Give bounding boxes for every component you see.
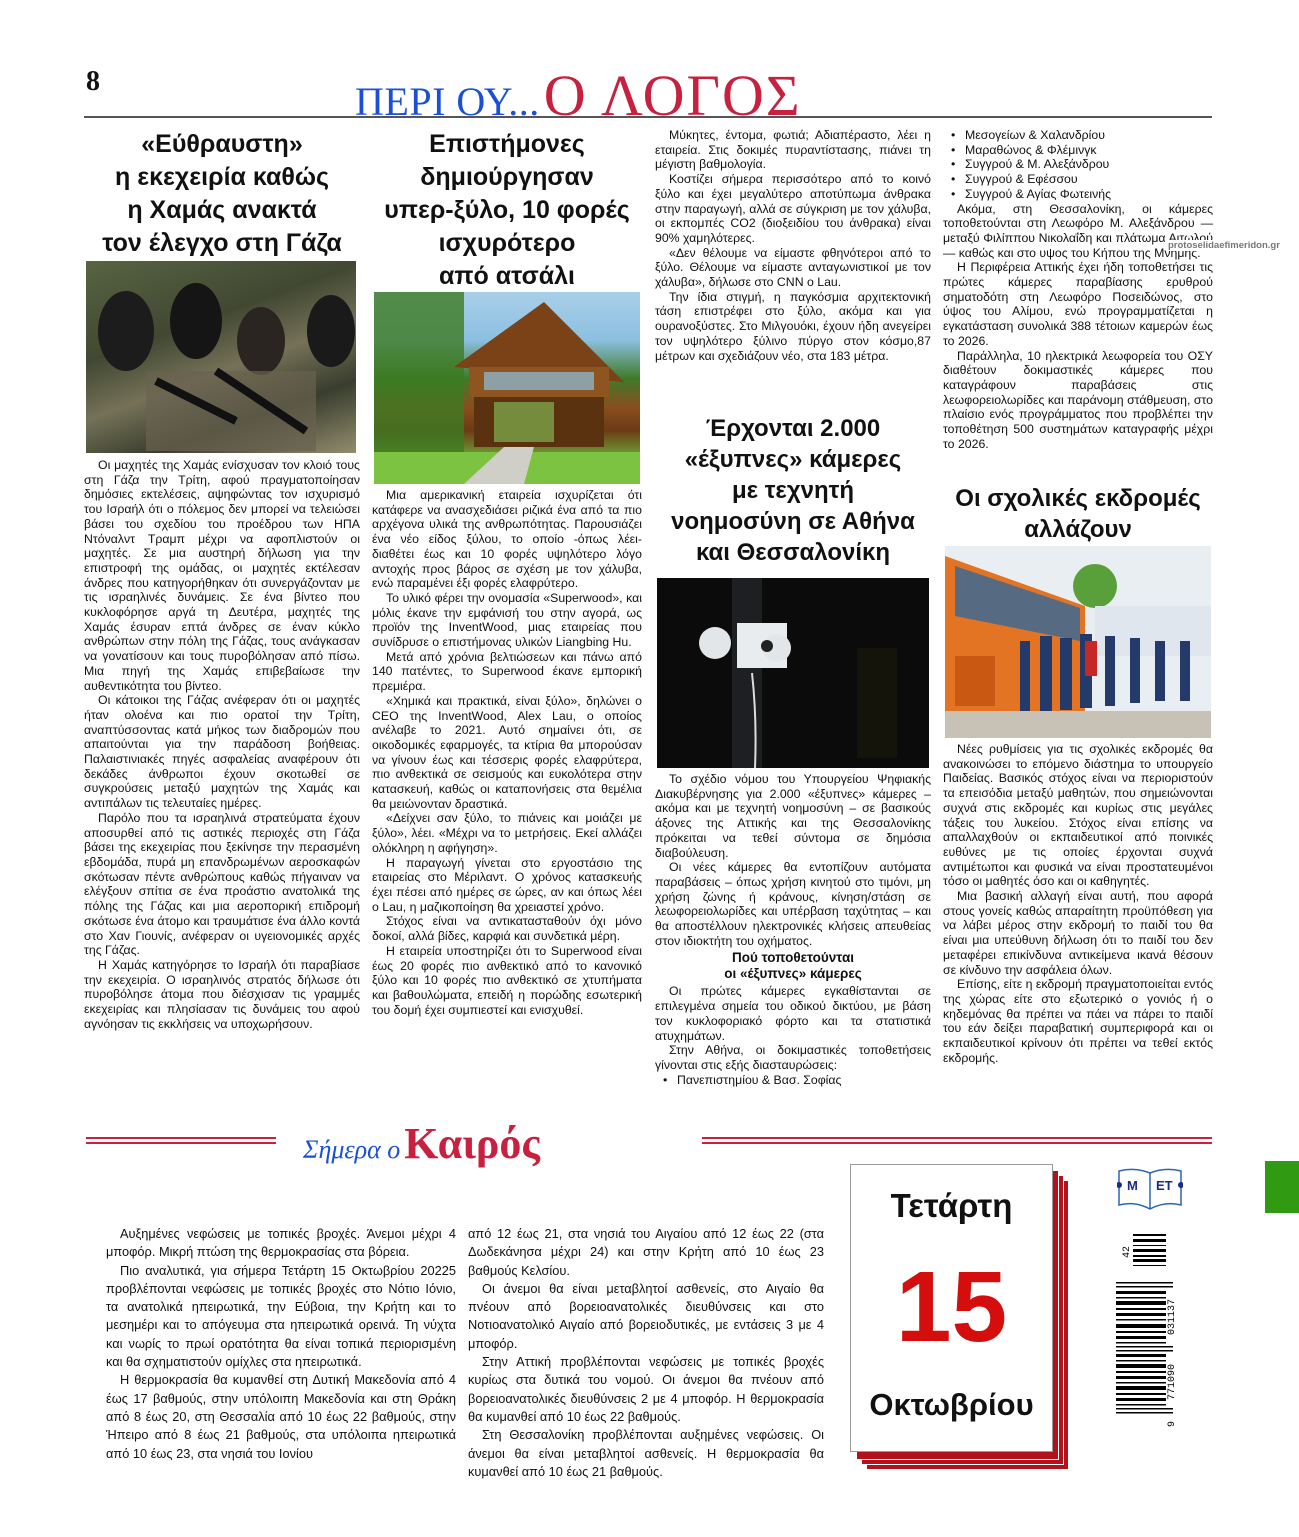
- page-number: 8: [86, 66, 100, 98]
- issn-barcode: 42 031137 771090 9: [1116, 1232, 1176, 1442]
- paragraph: Οι νέες κάμερες θα εντοπίζουν αυτόματα π…: [655, 860, 931, 948]
- paragraph: Οι άνεμοι θα είναι μεταβλητοί ασθενείς, …: [468, 1280, 824, 1353]
- paragraph: Πιο αναλυτικά, για σήμερα Τετάρτη 15 Οκτ…: [106, 1262, 456, 1372]
- cctv-camera-image-icon: [657, 578, 929, 768]
- paragraph: Κοστίζει σήμερα περισσότερο από το κοινό…: [655, 172, 931, 246]
- paragraph: Στη Θεσσαλονίκη προβλέπονται αυξημένες ν…: [468, 1426, 824, 1481]
- date-calendar: Τετάρτη 15 Οκτωβρίου: [850, 1164, 1060, 1464]
- calendar-weekday: Τετάρτη: [851, 1187, 1052, 1225]
- paragraph: Μια βασική αλλαγή είναι αυτή, που αφορά …: [943, 889, 1213, 977]
- paragraph: Οι μαχητές της Χαμάς ενίσχυσαν τον κλοιό…: [84, 458, 360, 693]
- headline-line: Οι σχολικές εκδρομές: [943, 483, 1213, 514]
- gaza-body: Οι μαχητές της Χαμάς ενίσχυσαν τον κλοιό…: [84, 458, 360, 1031]
- superwood-photo: [374, 292, 640, 484]
- svg-text:031137: 031137: [1167, 1299, 1176, 1335]
- location-list-item: Συγγρού & Εφέσσου: [943, 172, 1213, 187]
- headline-line: με τεχνητή: [655, 475, 931, 506]
- headline-line: αλλάζουν: [943, 514, 1213, 545]
- barcode-icon: 42 031137 771090 9: [1116, 1232, 1176, 1442]
- paragraph: Επίσης, είτε η εκδρομή πραγματοποιείται …: [943, 977, 1213, 1065]
- headline-line: Επιστήμονες: [372, 128, 642, 161]
- paragraph: Οι κάτοικοι της Γάζας ανέφεραν ότι οι μα…: [84, 693, 360, 811]
- gaza-headline: «Εύθραυστη» η εκεχειρία καθώς η Χαμάς αν…: [84, 128, 360, 260]
- headline-line: η Χαμάς ανακτά: [84, 194, 360, 227]
- paragraph: «Χημικά και πρακτικά, είναι ξύλο», δηλών…: [372, 694, 642, 812]
- masthead-right: Ο ΛΟΓΟΣ: [544, 63, 802, 128]
- wooden-house-image-icon: [374, 292, 640, 484]
- article-gaza: «Εύθραυστη» η εκεχειρία καθώς η Χαμάς αν…: [84, 128, 360, 260]
- paragraph: Στόχος είναι να αντικατασταθούν όχι μόνο…: [372, 914, 642, 943]
- paragraph: από 12 έως 21, στα νησιά του Αιγαίου από…: [468, 1225, 824, 1280]
- paragraph: Το σχέδιο νόμου του Υπουργείου Ψηφιακής …: [655, 772, 931, 860]
- weather-title: Καιρός: [404, 1119, 540, 1168]
- paragraph: Νέες ρυθμίσεις για τις σχολικές εκδρομές…: [943, 742, 1213, 889]
- location-list-item: Μαραθώνος & Φλέμινγκ: [943, 143, 1213, 158]
- paragraph: Παράλληλα, 10 ηλεκτρικά λεωφορεία του ΟΣ…: [943, 349, 1213, 452]
- paragraph: Η Περιφέρεια Αττικής έχει ήδη τοποθετήσε…: [943, 260, 1213, 348]
- weather-rule-left: [86, 1137, 276, 1144]
- header-divider: [84, 116, 1212, 118]
- calendar-page: Τετάρτη 15 Οκτωβρίου: [850, 1164, 1053, 1452]
- headline-line: η εκεχειρία καθώς: [84, 161, 360, 194]
- superwood-headline: Επιστήμονες δημιούργησαν υπερ-ξύλο, 10 φ…: [372, 128, 642, 293]
- paragraph: Οι πρώτες κάμερες εγκαθίστανται σε επιλε…: [655, 984, 931, 1043]
- paragraph: Η εταιρεία υποστηρίζει ότι το Superwood …: [372, 944, 642, 1018]
- cameras-continued: Μεσογείων & Χαλανδρίου Μαραθώνος & Φλέμι…: [943, 128, 1213, 451]
- cameras-headline: Έρχονται 2.000 «έξυπνες» κάμερες με τεχν…: [655, 413, 931, 568]
- location-list-item: Πανεπιστημίου & Βασ. Σοφίας: [655, 1073, 931, 1088]
- headline-line: υπερ-ξύλο, 10 φορές: [372, 194, 642, 227]
- headline-line: νοημοσύνη σε Αθήνα: [655, 506, 931, 537]
- cameras-body: Το σχέδιο νόμου του Υπουργείου Ψηφιακής …: [655, 772, 931, 1087]
- excursions-photo: [945, 546, 1211, 738]
- paragraph: Μετά από χρόνια βελτιώσεων και πάνω από …: [372, 650, 642, 694]
- green-page-tab: [1265, 1161, 1299, 1213]
- school-bus-image-icon: [945, 546, 1211, 738]
- article-excursions: Οι σχολικές εκδρομές αλλάζουν: [943, 483, 1213, 545]
- svg-text:771090: 771090: [1167, 1364, 1176, 1400]
- open-book-icon: Μ ΕΤ: [1117, 1167, 1183, 1211]
- weather-right-column: από 12 έως 21, στα νησιά του Αιγαίου από…: [468, 1225, 824, 1481]
- headline-line: τον έλεγχο στη Γάζα: [84, 227, 360, 260]
- fighters-image-icon: [86, 261, 356, 453]
- superwood-body: Μια αμερικανική εταιρεία ισχυρίζεται ότι…: [372, 488, 642, 1017]
- excursions-body: Νέες ρυθμίσεις για τις σχολικές εκδρομές…: [943, 742, 1213, 1065]
- weather-section-title: Σήμερα ο Καιρός: [303, 1118, 540, 1169]
- weather-left-column: Αυξημένες νεφώσεις με τοπικές βροχές. Άν…: [106, 1225, 456, 1463]
- paragraph: Μύκητες, έντομα, φωτιά; Αδιαπέραστο, λέε…: [655, 128, 931, 172]
- excursions-headline: Οι σχολικές εκδρομές αλλάζουν: [943, 483, 1213, 545]
- masthead: ΠΕΡΙ ΟΥ... Ο ΛΟΓΟΣ: [355, 62, 802, 129]
- calendar-day: 15: [851, 1257, 1052, 1357]
- svg-text:ΕΤ: ΕΤ: [1156, 1178, 1173, 1193]
- headline-line: «έξυπνες» κάμερες: [655, 444, 931, 475]
- location-list-item: Μεσογείων & Χαλανδρίου: [943, 128, 1213, 143]
- watermark: protoselidaefimeridon.gr: [1166, 240, 1282, 251]
- paragraph: Η Χαμάς κατηγόρησε το Ισραήλ ότι παραβία…: [84, 958, 360, 1032]
- subhead-line: οι «έξυπνες» κάμερες: [655, 966, 931, 982]
- calendar-month: Οκτωβρίου: [851, 1387, 1052, 1423]
- cameras-subhead: Πού τοποθετούνται οι «έξυπνες» κάμερες: [655, 950, 931, 982]
- headline-line: δημιούργησαν: [372, 161, 642, 194]
- location-list-item: Συγγρού & Μ. Αλεξάνδρου: [943, 157, 1213, 172]
- cameras-photo: [657, 578, 929, 768]
- paragraph: Παρόλο που τα ισραηλινά στρατεύματα έχου…: [84, 811, 360, 958]
- gaza-photo: [86, 261, 356, 453]
- paragraph: «Δείχνει σαν ξύλο, το πιάνεις και μοιάζε…: [372, 811, 642, 855]
- svg-text:Μ: Μ: [1127, 1178, 1138, 1193]
- met-book-logo: Μ ΕΤ: [1117, 1167, 1183, 1211]
- article-superwood: Επιστήμονες δημιούργησαν υπερ-ξύλο, 10 φ…: [372, 128, 642, 293]
- location-list-item: Συγγρού & Αγίας Φωτεινής: [943, 187, 1213, 202]
- headline-line: από ατσάλι: [372, 260, 642, 293]
- paragraph: Η παραγωγή γίνεται στο εργοστάσιο της ετ…: [372, 856, 642, 915]
- paragraph: Στην Αττική προβλέπονται νεφώσεις με τοπ…: [468, 1353, 824, 1426]
- paragraph: «Δεν θέλουμε να είμαστε φθηνότεροι από τ…: [655, 246, 931, 290]
- article-cameras: Έρχονται 2.000 «έξυπνες» κάμερες με τεχν…: [655, 413, 931, 568]
- weather-title-prefix: Σήμερα ο: [303, 1135, 400, 1164]
- headline-line: ισχυρότερο: [372, 227, 642, 260]
- headline-line: και Θεσσαλονίκη: [655, 537, 931, 568]
- paragraph: Την ίδια στιγμή, η παγκόσμια αρχιτεκτονι…: [655, 290, 931, 364]
- superwood-continued: Μύκητες, έντομα, φωτιά; Αδιαπέραστο, λέε…: [655, 128, 931, 363]
- paragraph: Αυξημένες νεφώσεις με τοπικές βροχές. Άν…: [106, 1225, 456, 1262]
- paragraph: Το υλικό φέρει την ονομασία «Superwood»,…: [372, 591, 642, 650]
- svg-text:42: 42: [1122, 1246, 1133, 1258]
- paragraph: Στην Αθήνα, οι δοκιμαστικές τοποθετήσεις…: [655, 1043, 931, 1072]
- paragraph: Μια αμερικανική εταιρεία ισχυρίζεται ότι…: [372, 488, 642, 591]
- subhead-line: Πού τοποθετούνται: [655, 950, 931, 966]
- headline-line: Έρχονται 2.000: [655, 413, 931, 444]
- svg-text:9: 9: [1167, 1421, 1176, 1427]
- paragraph: Ακόμα, στη Θεσσαλονίκη, οι κάμερες τοποθ…: [943, 202, 1213, 261]
- weather-rule-right: [702, 1137, 1212, 1144]
- headline-line: «Εύθραυστη»: [84, 128, 360, 161]
- paragraph: Η θερμοκρασία θα κυμανθεί στη Δυτική Μακ…: [106, 1371, 456, 1462]
